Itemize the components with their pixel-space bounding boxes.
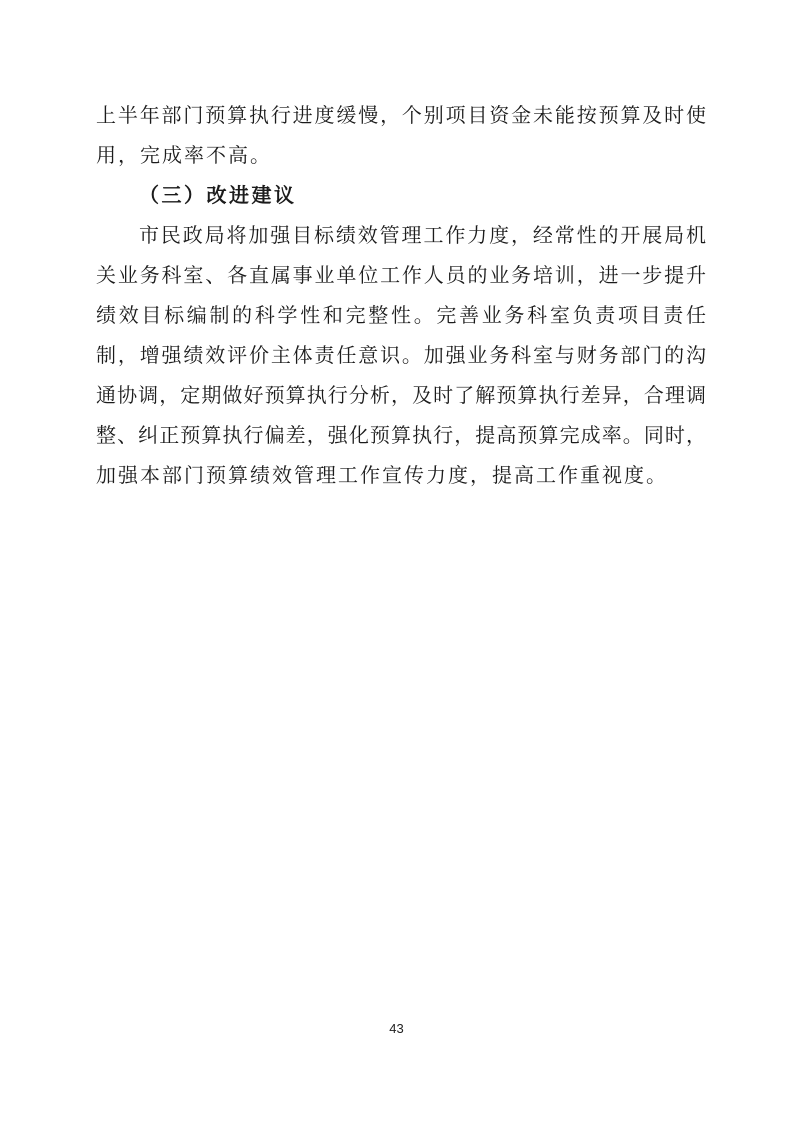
text-line: 制，增强绩效评价主体责任意识。加强业务科室与财务部门的沟 [96,336,706,376]
text-line: 用，完成率不高。 [96,136,706,176]
page-number: 43 [0,1021,793,1036]
document-text-block: 上半年部门预算执行进度缓慢，个别项目资金未能按预算及时使用，完成率不高。（三）改… [96,96,706,496]
text-line: 加强本部门预算绩效管理工作宣传力度，提高工作重视度。 [96,456,706,496]
section-heading: （三）改进建议 [96,176,706,216]
text-line: 市民政局将加强目标绩效管理工作力度，经常性的开展局机 [96,216,706,256]
document-page: 上半年部门预算执行进度缓慢，个别项目资金未能按预算及时使用，完成率不高。（三）改… [0,0,793,1122]
text-line: 绩效目标编制的科学性和完整性。完善业务科室负责项目责任 [96,296,706,336]
text-line: 通协调，定期做好预算执行分析，及时了解预算执行差异，合理调 [96,376,706,416]
text-line: 上半年部门预算执行进度缓慢，个别项目资金未能按预算及时使 [96,96,706,136]
text-line: 关业务科室、各直属事业单位工作人员的业务培训，进一步提升 [96,256,706,296]
text-line: 整、纠正预算执行偏差，强化预算执行，提高预算完成率。同时， [96,416,706,456]
